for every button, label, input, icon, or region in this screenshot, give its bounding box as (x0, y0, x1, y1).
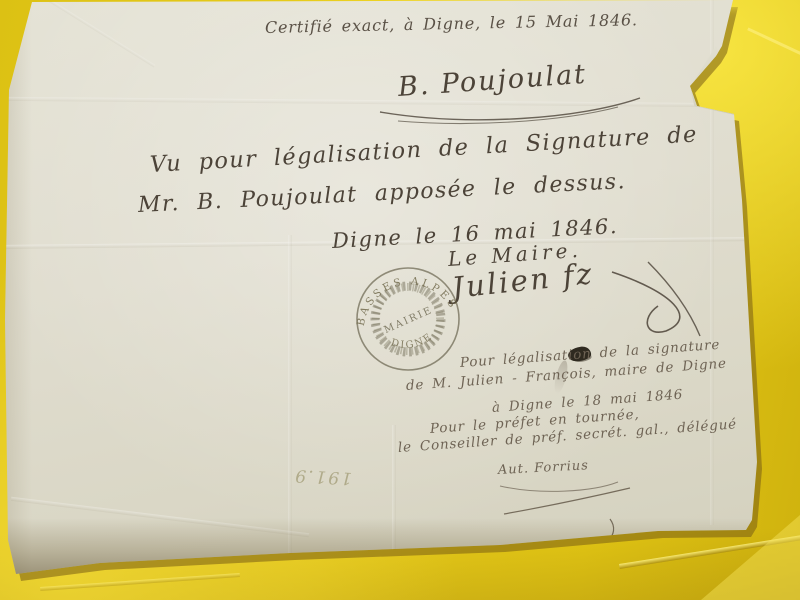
mairie-stamp: BASSES ALPES DIGNE MAIRIE (341, 252, 475, 386)
paper-document: Certifié exact, à Digne, le 15 Mai 1846.… (0, 0, 800, 600)
stamp-center-text: MAIRIE (383, 305, 435, 336)
background-fold (40, 573, 240, 591)
inverted-archive-number: 191.9 (293, 465, 353, 488)
background-fold (747, 27, 800, 55)
photograph-of-document: Certifié exact, à Digne, le 15 Mai 1846.… (0, 0, 800, 600)
